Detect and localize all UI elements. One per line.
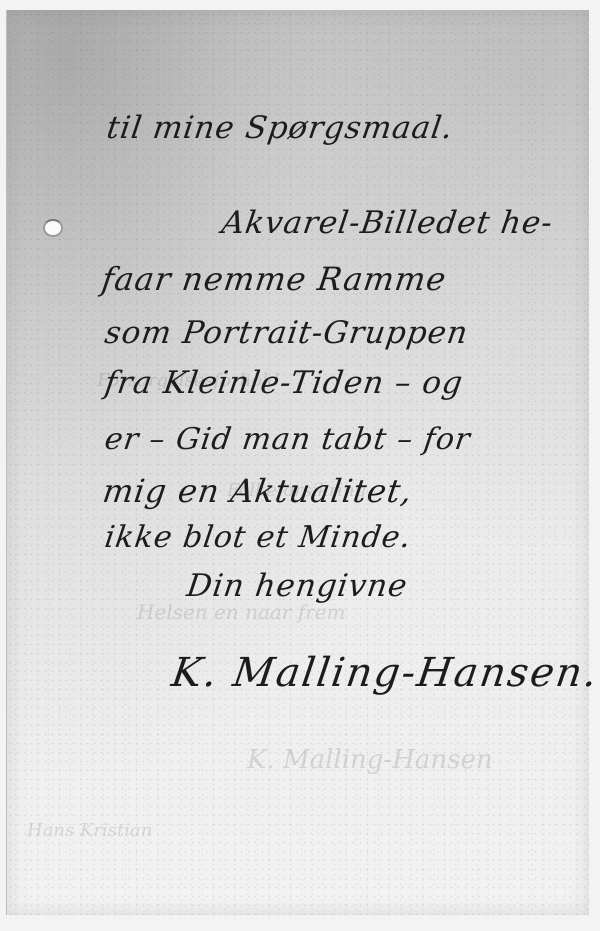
letter-line-3: faar nemme Ramme [99, 260, 449, 298]
closing-salutation: Din hengivne [184, 568, 410, 604]
bleed-through-text: K. Malling-Hansen [247, 745, 493, 775]
letter-paper: Forsorgelsesforhold Folkeforsikring Hels… [6, 10, 589, 915]
letter-line-8: ikke blot et Minde. [103, 520, 414, 555]
letter-line-5: fra Kleinle-Tiden – og [102, 365, 465, 401]
letter-line-7: mig en Aktualitet, [100, 472, 415, 510]
letter-line-6: er – Gid man tabt – for [103, 422, 473, 457]
letter-line-1: til mine Spørgsmaal. [104, 110, 455, 146]
letter-line-4: som Portrait-Gruppen [102, 315, 470, 351]
signature: K. Malling-Hansen. [169, 650, 600, 696]
scan-canvas: Forsorgelsesforhold Folkeforsikring Hels… [0, 0, 600, 931]
bleed-through-text: Hans Kristian [27, 820, 152, 841]
punch-hole-icon [43, 219, 63, 237]
letter-line-2: Akvarel-Billedet he- [219, 205, 555, 241]
